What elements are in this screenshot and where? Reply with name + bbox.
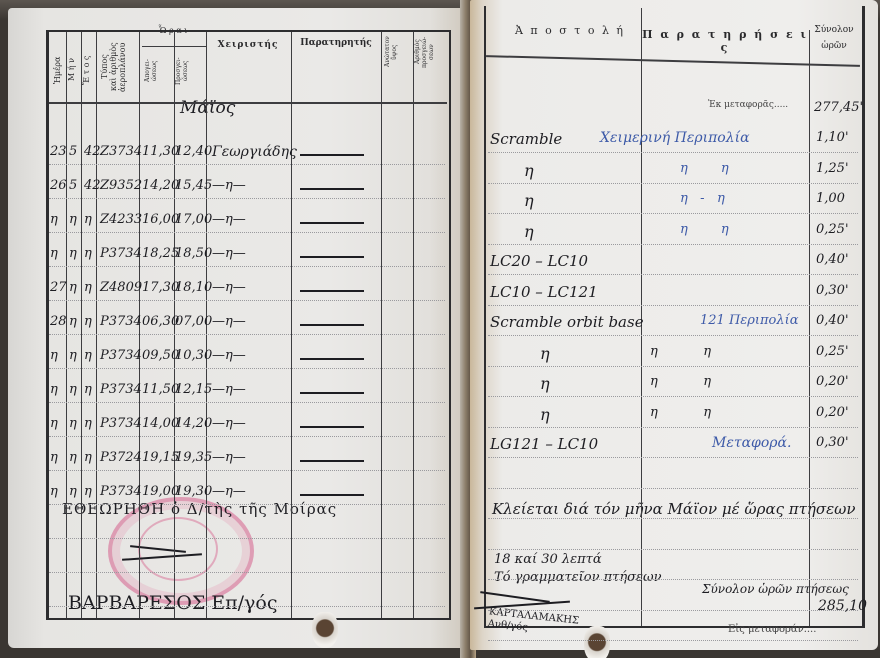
row-rule [488,274,858,275]
cell-landing: 12,40 [175,144,212,159]
row-rule [488,305,858,306]
cell-year: η [84,450,92,465]
cell-day: η [50,450,58,465]
cell-day: 28 [50,314,67,329]
row-rule [49,606,445,607]
cell-landing: 19,30 [175,484,212,499]
cell-landing: 12,15 [175,382,212,397]
cell-landing: 18,10 [175,280,212,295]
cell-year: η [84,416,92,431]
row-rule [49,334,445,335]
month-title: Μάϊος [180,98,235,118]
cell-observer-dash [300,324,364,326]
cell-pilot: —η— [212,348,246,363]
cell-hours: 0,25' [816,222,849,237]
cell-mission: Scramble [490,130,562,148]
row-rule [49,436,445,437]
header-mission: Ἀ π ο σ τ ο λ ή [500,24,640,37]
cell-month: η [69,348,77,363]
cell-remarks: η η [680,222,729,237]
column-divider [291,32,292,618]
cell-observer-dash [300,460,364,462]
row-rule [488,396,858,397]
cell-hours: 1,00 [816,191,845,206]
header-landing: Προσγει- ώσεως [175,46,203,96]
cell-takeoff: 17,30 [142,280,179,295]
cell-pilot: —η— [212,416,246,431]
cell-aircraft: Z3734 [100,144,142,159]
cell-month: 5 [69,144,77,159]
row-rule [49,164,445,165]
carried-forward-value: 277,45' [814,100,863,115]
cell-observer-dash [300,290,364,292]
header-remarks: Π α ρ α τ η ρ ή σ ε ι ς [642,28,808,54]
cell-year: η [84,212,92,227]
cell-month: η [69,246,77,261]
header-day: Ἡμέρα [53,40,65,100]
cell-hours: 0,30' [816,435,849,450]
cell-landing: 17,00 [175,212,212,227]
binding-hole-right [584,626,610,658]
row-rule [49,266,445,267]
cell-hours: 0,20' [816,374,849,389]
cell-takeoff: 09,50 [142,348,179,363]
column-divider [809,30,810,626]
cell-day: η [50,212,58,227]
cell-year: η [84,246,92,261]
cell-month: η [69,212,77,227]
cell-aircraft: Z9352 [100,178,142,193]
column-divider [381,32,382,618]
binding-hole-left [312,612,338,648]
cell-aircraft: P3734 [100,314,142,329]
cell-hours: 0,40' [816,252,849,267]
row-rule [488,549,858,550]
cell-landing: 15,45 [175,178,212,193]
cell-hours: 1,25' [816,161,849,176]
row-rule [488,335,858,336]
cell-hours: 0,25' [816,344,849,359]
cell-pilot: —η— [212,178,246,193]
cell-month: 5 [69,178,77,193]
cell-hours: 0,30' [816,283,849,298]
cell-pilot: —η— [212,450,246,465]
cell-month: η [69,280,77,295]
cell-takeoff: 14,20 [142,178,179,193]
cell-mission: η [540,374,550,393]
row-rule [49,402,445,403]
cell-observer-dash [300,358,364,360]
cell-pilot: —η— [212,246,246,261]
carry-over-label: Εἰς μεταφοράν.... [728,624,816,635]
row-rule [488,183,858,184]
cell-month: η [69,314,77,329]
cell-pilot: Γεωργιάδης [212,144,297,160]
carried-forward-label: Ἐκ μεταφορᾶς..... [708,100,788,110]
row-rule [49,368,445,369]
cell-landing: 10,30 [175,348,212,363]
cell-observer-dash [300,222,364,224]
column-divider [81,32,82,618]
cell-pilot: —η— [212,280,246,295]
row-rule [488,640,858,641]
cell-year: η [84,484,92,499]
row-rule [488,244,858,245]
cell-remarks: 121 Περιπολία [700,313,798,328]
cell-takeoff: 18,25 [142,246,179,261]
cell-takeoff: 11,30 [142,144,179,159]
cell-year: η [84,382,92,397]
hours-divider [142,46,206,47]
row-rule [49,470,445,471]
cell-aircraft: P3734 [100,246,142,261]
header-landings-count: Ἀριθμὸς προσγειώ- σεων [414,22,444,82]
row-rule [488,579,858,580]
cell-takeoff: 11,50 [142,382,179,397]
header-month: Μ ή ν [67,40,79,100]
cell-mission: η [540,405,550,424]
row-rule [488,366,858,367]
cell-aircraft: P3734 [100,416,142,431]
row-rule [488,610,858,611]
cell-aircraft: P3734 [100,484,142,499]
header-hours: Ὧ ρ α ι [142,26,204,35]
row-rule [49,538,445,539]
header-total-hours: Σύνολον ὡρῶν [810,22,858,54]
header-observer: Παρατηρητής [292,38,380,48]
cell-day: η [50,416,58,431]
cell-year: η [84,348,92,363]
cell-observer-dash [300,188,364,190]
closing-line-2: 18 καί 30 λεπτά [494,552,602,567]
cell-mission: η [524,191,534,210]
row-rule [49,198,445,199]
cell-hours: 0,40' [816,313,849,328]
row-rule [49,232,445,233]
cell-landing: 07,00 [175,314,212,329]
header-aircraft: Τύπος καὶ ἀριθμὸς ἀεροπλάνου [100,34,136,100]
cell-month: η [69,416,77,431]
cell-year: 42 [84,144,101,159]
cell-day: η [50,348,58,363]
row-rule [488,213,858,214]
cell-month: η [69,450,77,465]
cell-pilot: —η— [212,484,246,499]
cell-mission: LC20 – LC10 [490,252,588,270]
cell-mission: LG121 – LC10 [490,435,598,453]
row-rule [488,457,858,458]
cell-remarks: η η [650,405,711,420]
header-pilot: Χειριστής [206,40,290,50]
cell-takeoff: 19,15 [142,450,179,465]
closing-line-3: Τό γραμματεῖον πτήσεων [494,570,662,585]
header-year: Ἔ τ ο ς [82,40,94,100]
cell-remarks: η η [650,344,711,359]
cell-mission: Scramble orbit base [490,313,644,331]
cell-observer-dash [300,494,364,496]
cell-takeoff: 06,30 [142,314,179,329]
row-rule [49,504,445,505]
cell-hours: 0,20' [816,405,849,420]
column-divider [413,32,414,618]
cell-takeoff: 16,00 [142,212,179,227]
cell-pilot: —η— [212,382,246,397]
cell-day: η [50,382,58,397]
total-hours-value: 285,10 [818,598,867,614]
row-rule [49,572,445,573]
cell-year: η [84,314,92,329]
cell-landing: 14,20 [175,416,212,431]
cell-day: 27 [50,280,67,295]
row-rule [49,300,445,301]
header-divider [49,102,447,104]
cell-pilot: —η— [212,212,246,227]
cell-hours: 1,10' [816,130,849,145]
cell-mission: η [524,161,534,180]
cell-month: η [69,484,77,499]
header-altitude: Ἀνώτατον ὕψος [384,22,412,82]
row-rule [488,427,858,428]
cell-remarks: η η [680,161,729,176]
cell-remarks: η η [650,374,711,389]
cell-day: 26 [50,178,67,193]
row-rule [488,152,858,153]
cell-year: 42 [84,178,101,193]
cell-mission: LC10 – LC121 [490,283,598,301]
cell-aircraft: Z4233 [100,212,142,227]
cell-aircraft: P3734 [100,348,142,363]
cell-year: η [84,280,92,295]
cell-aircraft: P3724 [100,450,142,465]
cell-observer-dash [300,392,364,394]
cell-remarks: Χειμερινή Περιπολία [600,130,750,146]
cell-takeoff: 19,00 [142,484,179,499]
header-takeoff: Ἀπογει- ώσεως [144,46,172,96]
closing-line-1: Κλείεται διά τόν μῆνα Μάϊον μέ ὥρας πτήσ… [492,500,856,518]
cell-pilot: —η— [212,314,246,329]
cell-aircraft: Z4809 [100,280,142,295]
cell-takeoff: 14,00 [142,416,179,431]
column-divider [96,32,97,618]
cell-remarks: η - η [680,191,725,206]
row-rule [488,488,858,489]
cell-month: η [69,382,77,397]
commander-name: ΒΑΡΒΑΡΕΣΟΣ Επ/γός [68,592,277,614]
inspection-note: ΕΘΕΩΡΗΘΗ ὁ Δ/τὴς τῆς Μοίρας [62,500,337,518]
cell-observer-dash [300,256,364,258]
cell-observer-dash [300,154,364,156]
cell-aircraft: P3734 [100,382,142,397]
cell-observer-dash [300,426,364,428]
cell-mission: η [524,222,534,241]
cell-day: 23 [50,144,67,159]
cell-landing: 18,50 [175,246,212,261]
cell-mission: η [540,344,550,363]
total-hours-label: Σύνολον ὡρῶν πτήσεως [702,582,849,596]
cell-day: η [50,484,58,499]
row-rule [488,518,858,519]
cell-remarks: Μεταφορά. [712,435,791,451]
cell-landing: 19,35 [175,450,212,465]
cell-day: η [50,246,58,261]
